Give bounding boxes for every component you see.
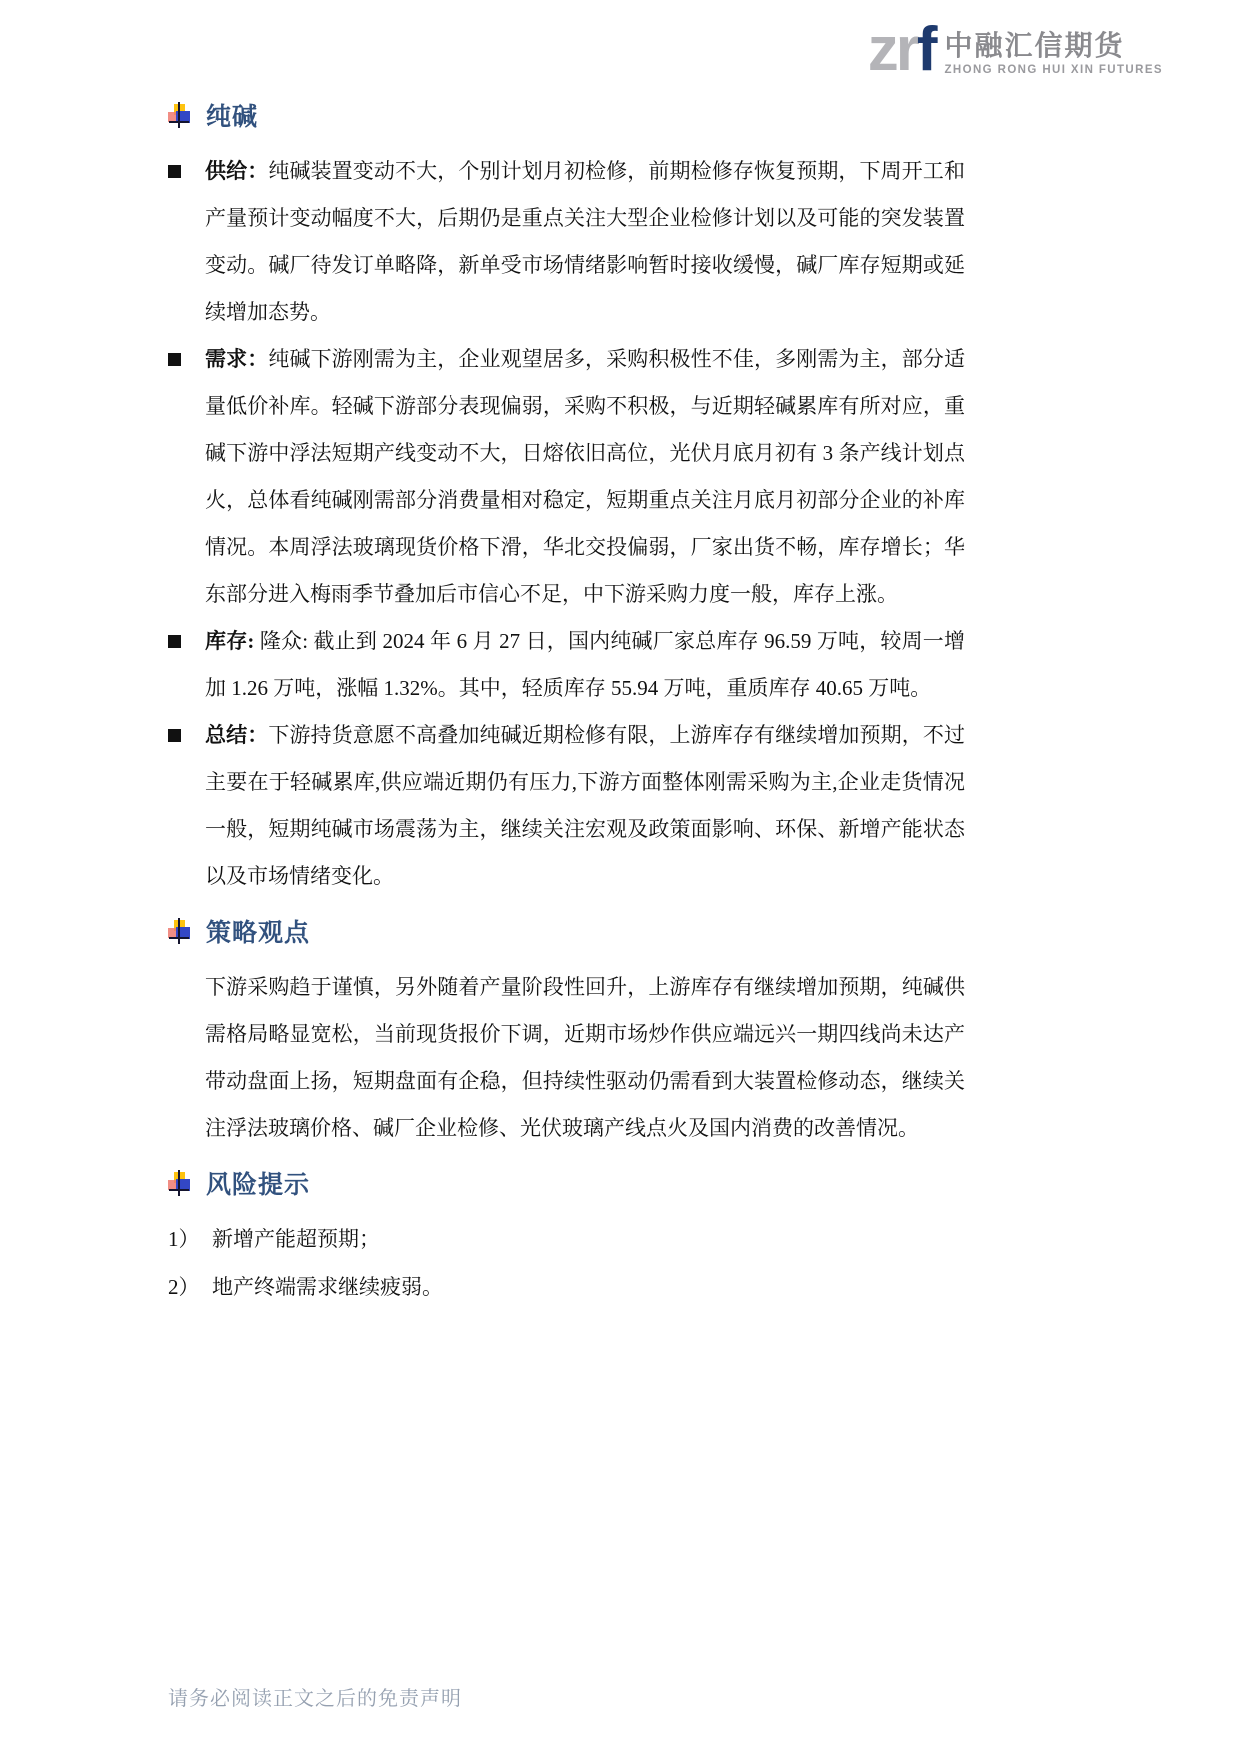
section-title-strategy: 策略观点 [206, 913, 310, 949]
bullet-supply-paragraph: 供给：纯碱装置变动不大，个别计划月初检修，前期检修存恢复预期，下周开工和产量预计… [205, 148, 965, 336]
square-bullet-icon [168, 635, 181, 648]
square-bullet-icon [168, 729, 181, 742]
bullet-summary-text: 下游持货意愿不高叠加纯碱近期检修有限，上游库存有继续增加预期，不过主要在于轻碱累… [205, 723, 965, 888]
section-header-strategy: 策略观点 [168, 914, 965, 948]
section-title-risk: 风险提示 [206, 1165, 310, 1201]
risk-item-2: 2） 地产终端需求继续疲弱。 [168, 1264, 965, 1311]
logo-zrf-mark: zrf [868, 22, 935, 78]
square-bullet-icon [168, 353, 181, 366]
risk-item-1-number: 1） [168, 1216, 212, 1263]
logo-zr-text: zr [868, 15, 917, 84]
bullet-supply: 供给：纯碱装置变动不大，个别计划月初检修，前期检修存恢复预期，下周开工和产量预计… [168, 148, 965, 336]
bullet-supply-term: 供给： [205, 159, 268, 183]
plus-marker-icon [168, 918, 191, 944]
report-page: zrf 中融汇信期货 ZHONG RONG HUI XIN FUTURES 纯碱… [0, 0, 1241, 1755]
risk-item-2-text: 地产终端需求继续疲弱。 [212, 1264, 443, 1311]
logo-names: 中融汇信期货 ZHONG RONG HUI XIN FUTURES [945, 31, 1164, 78]
bullet-inventory-text: 隆众: 截止到 2024 年 6 月 27 日，国内纯碱厂家总库存 96.59 … [205, 629, 965, 700]
bullet-demand: 需求：纯碱下游刚需为主，企业观望居多，采购积极性不佳，多刚需为主，部分适量低价补… [168, 336, 965, 618]
bullet-inventory-paragraph: 库存: 隆众: 截止到 2024 年 6 月 27 日，国内纯碱厂家总库存 96… [205, 618, 965, 712]
risk-item-1: 1） 新增产能超预期； [168, 1216, 965, 1263]
section-title-soda-ash: 纯碱 [206, 97, 258, 133]
plus-marker-icon [168, 102, 191, 128]
risk-item-2-number: 2） [168, 1264, 212, 1311]
report-body: 纯碱 供给：纯碱装置变动不大，个别计划月初检修，前期检修存恢复预期，下周开工和产… [168, 98, 965, 1311]
section-header-risk: 风险提示 [168, 1166, 965, 1200]
risk-item-1-text: 新增产能超预期； [212, 1216, 380, 1263]
bullet-demand-text: 纯碱下游刚需为主，企业观望居多，采购积极性不佳，多刚需为主，部分适量低价补库。轻… [205, 347, 965, 606]
bullet-summary-paragraph: 总结：下游持货意愿不高叠加纯碱近期检修有限，上游库存有继续增加预期，不过主要在于… [205, 712, 965, 900]
square-bullet-icon [168, 165, 181, 178]
footer-disclaimer: 请务必阅读正文之后的免责声明 [168, 1682, 462, 1711]
logo-f-text: f [917, 15, 935, 84]
bullet-demand-paragraph: 需求：纯碱下游刚需为主，企业观望居多，采购积极性不佳，多刚需为主，部分适量低价补… [205, 336, 965, 618]
company-logo: zrf 中融汇信期货 ZHONG RONG HUI XIN FUTURES [868, 22, 1163, 78]
plus-marker-icon [168, 1170, 191, 1196]
section-header-soda-ash: 纯碱 [168, 98, 965, 132]
bullet-demand-term: 需求： [205, 347, 268, 371]
bullet-inventory-term: 库存: [205, 629, 260, 653]
logo-company-name-cn: 中融汇信期货 [945, 31, 1164, 62]
bullet-summary-term: 总结： [205, 723, 268, 747]
logo-company-name-en: ZHONG RONG HUI XIN FUTURES [945, 64, 1164, 76]
bullet-summary: 总结：下游持货意愿不高叠加纯碱近期检修有限，上游库存有继续增加预期，不过主要在于… [168, 712, 965, 900]
bullet-inventory: 库存: 隆众: 截止到 2024 年 6 月 27 日，国内纯碱厂家总库存 96… [168, 618, 965, 712]
strategy-paragraph: 下游采购趋于谨慎，另外随着产量阶段性回升，上游库存有继续增加预期，纯碱供需格局略… [205, 964, 965, 1152]
bullet-supply-text: 纯碱装置变动不大，个别计划月初检修，前期检修存恢复预期，下周开工和产量预计变动幅… [205, 159, 965, 324]
